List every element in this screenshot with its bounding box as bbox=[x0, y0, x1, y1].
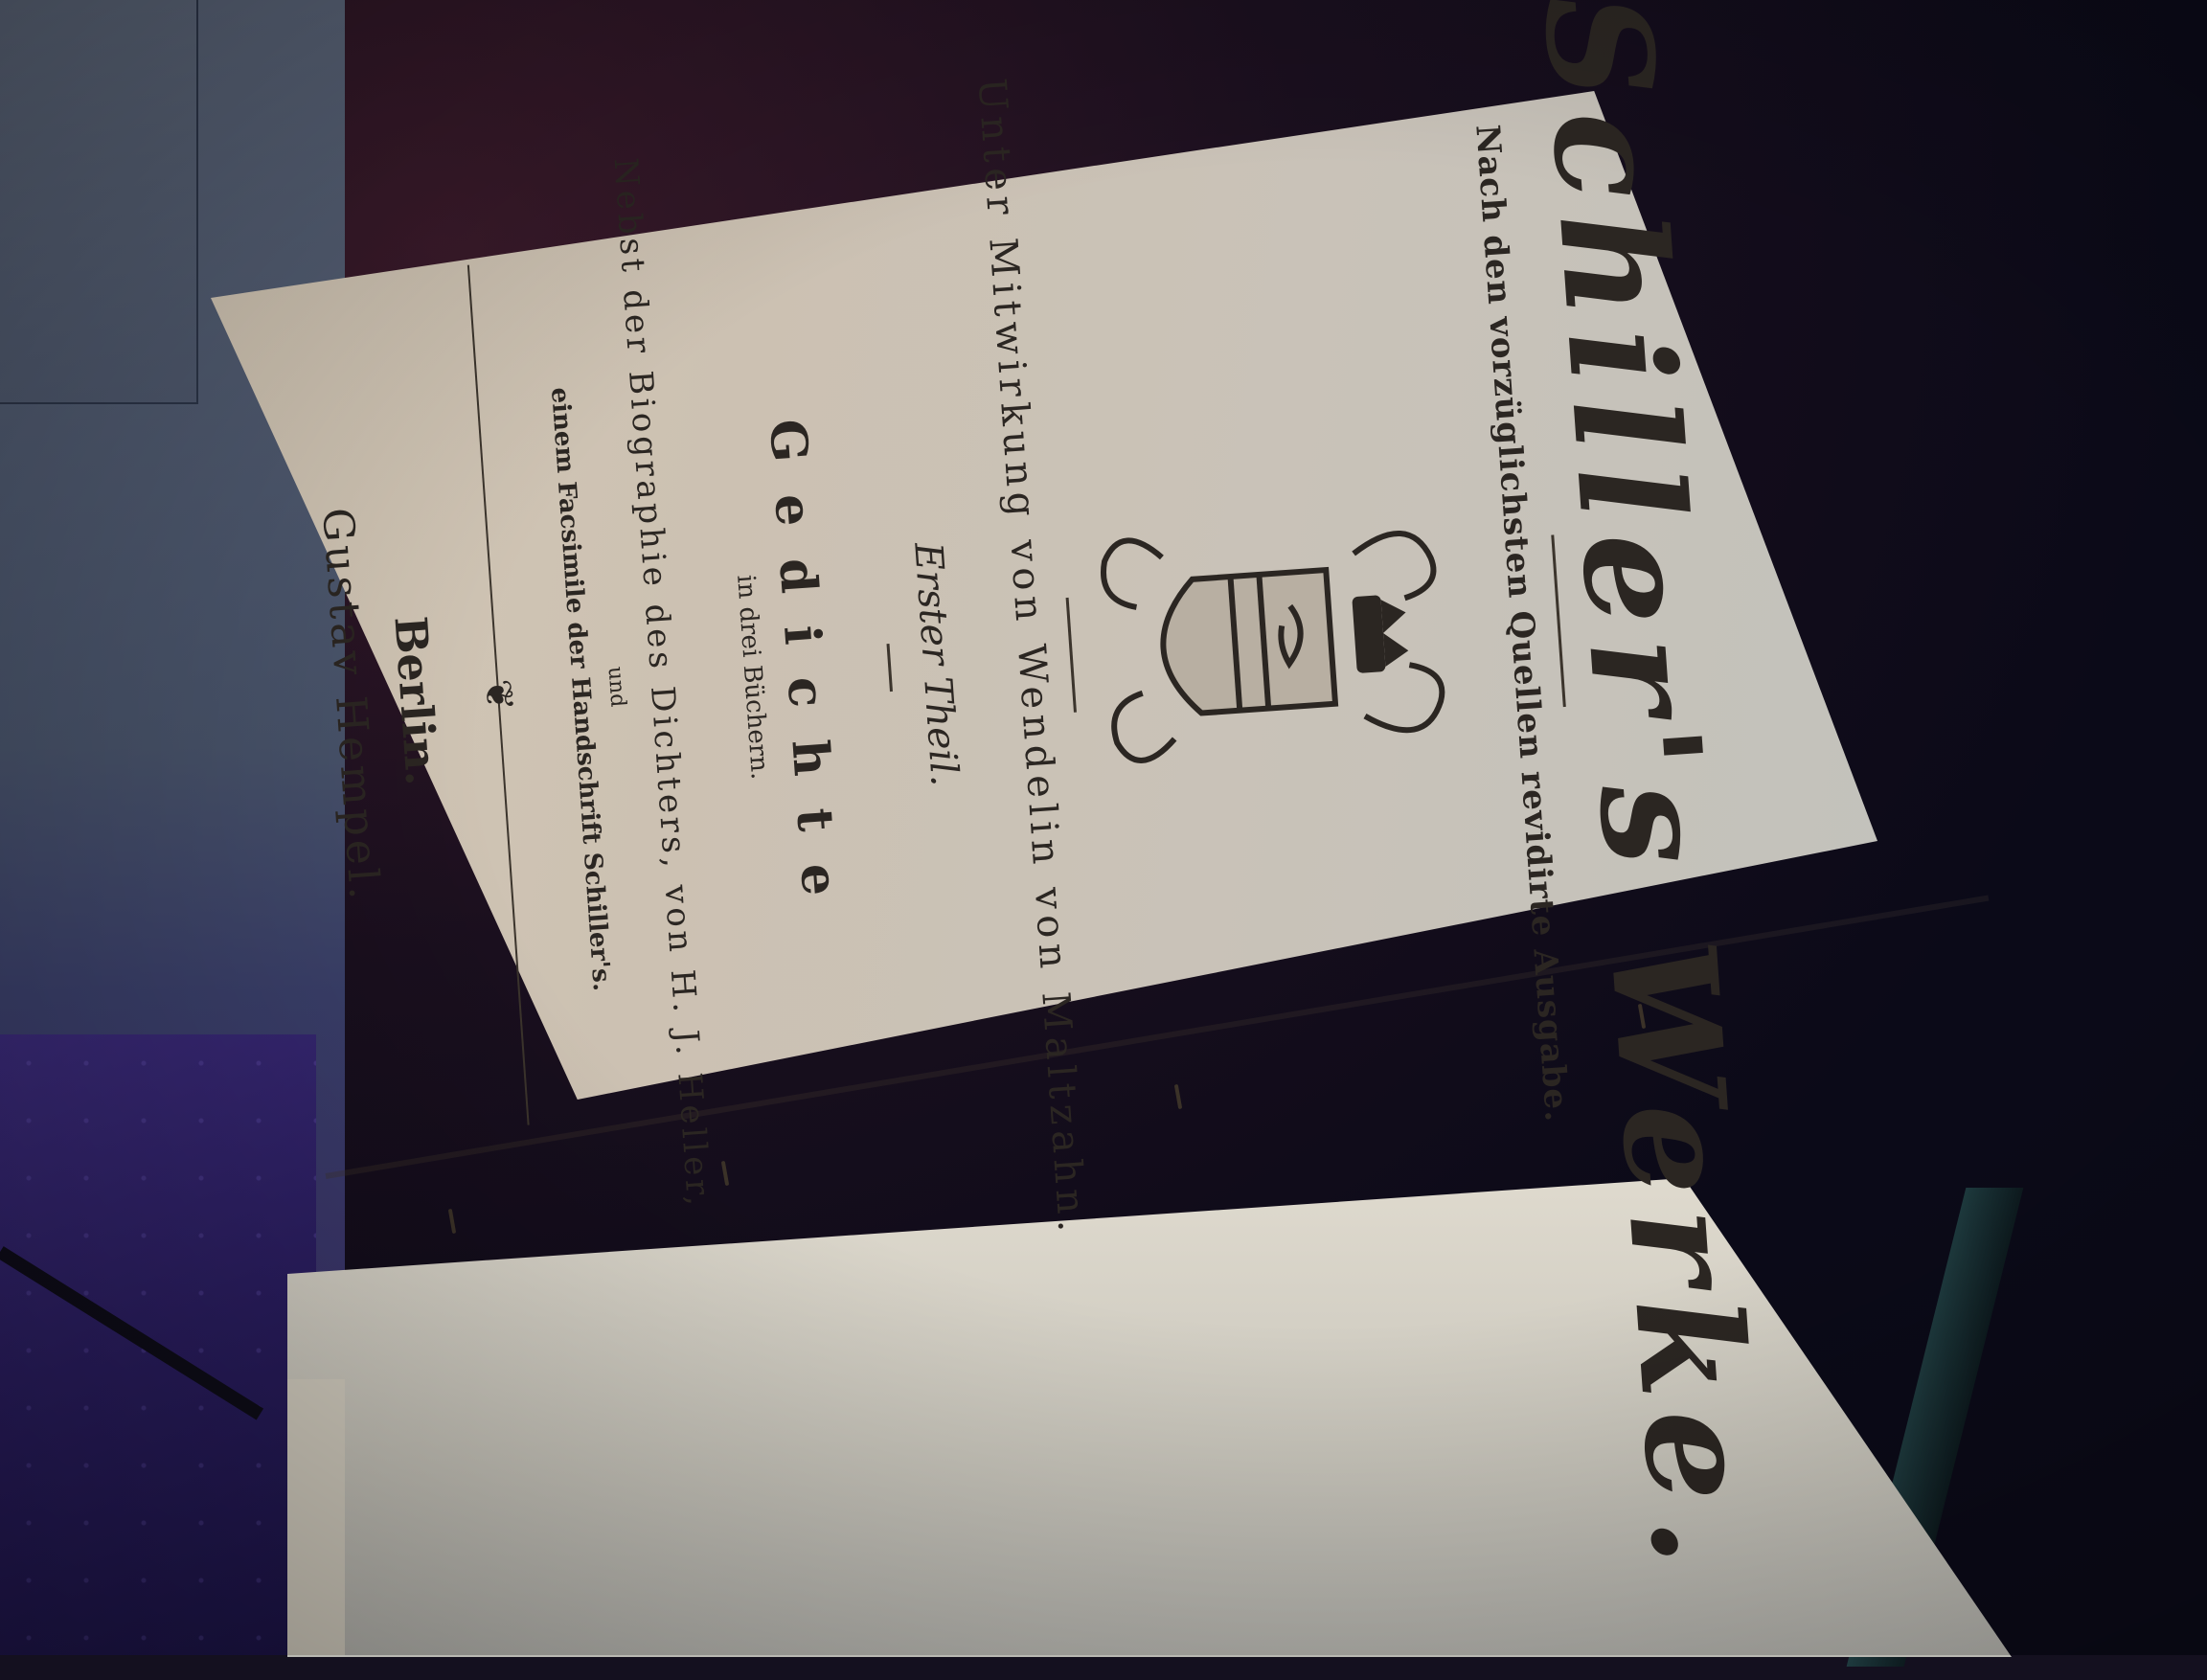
photo-scene: Schiller's Werke. Nach den vorzüglichste… bbox=[0, 0, 2207, 1655]
divider-rule bbox=[1066, 598, 1077, 713]
coat-of-arms-icon bbox=[1081, 469, 1485, 811]
ornament-icon: ❦ bbox=[475, 677, 521, 713]
facing-page-edge bbox=[287, 1379, 345, 1655]
printed-content: Schiller's Werke. Nach den vorzüglichste… bbox=[131, 0, 1843, 1339]
short-rule bbox=[887, 644, 893, 692]
